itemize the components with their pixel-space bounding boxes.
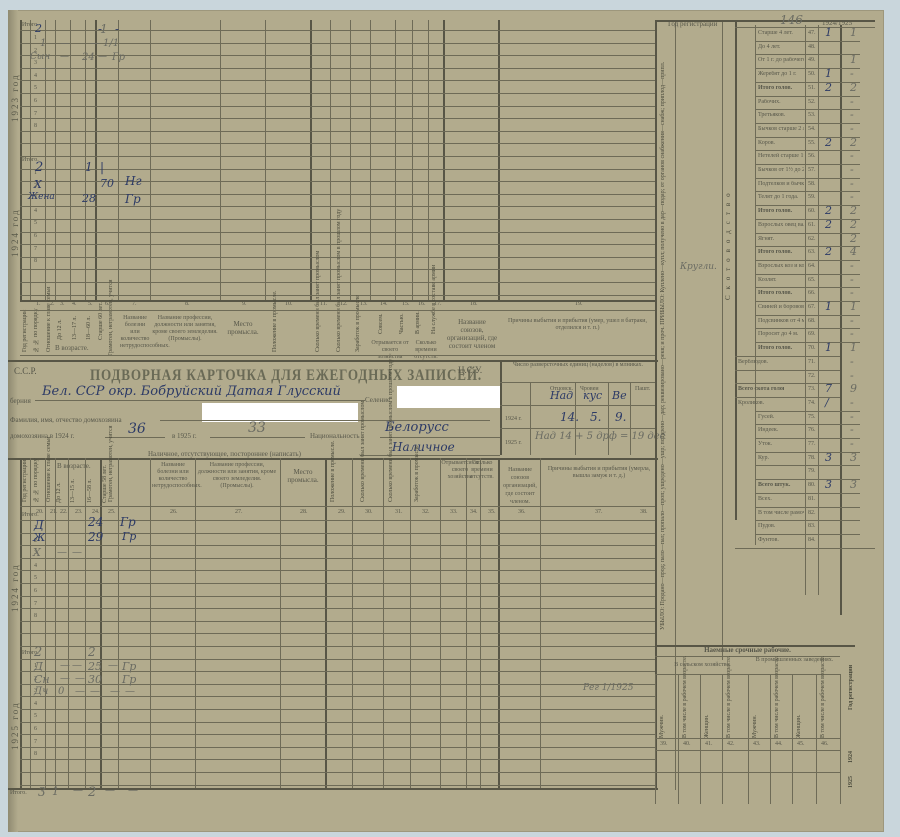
grid-line bbox=[755, 27, 860, 28]
worker-col-number: 44. bbox=[775, 741, 783, 748]
grid-line bbox=[20, 558, 655, 559]
grid-line bbox=[410, 458, 411, 788]
handwritten-entry: — bbox=[108, 660, 118, 671]
worker-col-number: 45. bbox=[797, 741, 805, 748]
livestock-row-number: 49. bbox=[808, 57, 816, 64]
grid-line bbox=[55, 20, 56, 300]
column-header-reg-year-b: Год регистрации bbox=[22, 462, 29, 502]
column-header-row-no-b: № № по порядку bbox=[33, 462, 40, 502]
livestock-label: В том числе рамочных. bbox=[758, 510, 804, 517]
livestock-label: Взрослых овец валухов и баранов. bbox=[758, 222, 804, 229]
column-header-unions-b: Название союзов организаций, где состоит… bbox=[500, 466, 540, 506]
column-header-worker-col-3: Женщин. bbox=[704, 678, 711, 738]
column-number-bottom: 37. bbox=[595, 509, 603, 516]
grid-line bbox=[722, 20, 723, 660]
grid-line bbox=[722, 674, 723, 804]
margin-year: 1924 bbox=[848, 745, 855, 763]
grid-line bbox=[20, 646, 655, 647]
column-number: 5. bbox=[88, 301, 93, 308]
grid-line bbox=[755, 54, 860, 55]
livestock-row-number: 65. bbox=[808, 277, 816, 284]
livestock-1925: - bbox=[850, 163, 854, 176]
column-header-worker-col-1: Мужчин. bbox=[659, 678, 666, 738]
head-age-1924: 36 bbox=[128, 421, 146, 437]
grid-line bbox=[755, 411, 860, 412]
grid-line bbox=[755, 520, 860, 521]
livestock-1925: - bbox=[850, 369, 854, 382]
livestock-1924: 1 bbox=[825, 26, 832, 39]
column-number: 8. bbox=[185, 301, 190, 308]
grid-line bbox=[755, 96, 860, 97]
worker-col-number: 39. bbox=[660, 741, 668, 748]
grid-line bbox=[45, 20, 46, 300]
row-number: 4 bbox=[34, 208, 37, 215]
grid-line bbox=[35, 400, 365, 401]
livestock-label: Пудов. bbox=[758, 523, 804, 530]
grid-line bbox=[20, 80, 655, 81]
row-number: 1 bbox=[34, 35, 37, 42]
livestock-1925: - bbox=[850, 410, 854, 423]
grid-line bbox=[95, 20, 97, 300]
grid-line bbox=[20, 608, 655, 609]
column-number-bottom: 31. bbox=[395, 509, 403, 516]
livestock-1925: 3 bbox=[850, 451, 857, 464]
r1923-1: 1 bbox=[40, 38, 46, 49]
column-header-worker-col-7: Женщин. bbox=[796, 678, 803, 738]
handwritten-entry: Гр bbox=[122, 660, 136, 673]
grid-line bbox=[755, 315, 860, 316]
column-header-c32: Заработок в промысле bbox=[414, 462, 421, 502]
grid-line bbox=[466, 458, 467, 788]
handwritten-entry: — bbox=[125, 686, 135, 697]
livestock-1925: - bbox=[850, 273, 854, 286]
handwritten-entry: 1 bbox=[100, 22, 108, 36]
grid-line bbox=[20, 734, 655, 735]
column-number-bottom: 21. bbox=[50, 509, 58, 516]
column-header-c14: Совсем. bbox=[378, 312, 385, 334]
livestock-1925: - bbox=[850, 122, 854, 135]
column-number: 13. bbox=[360, 301, 368, 308]
livestock-label: Итого голов. bbox=[758, 345, 804, 352]
grid-line bbox=[735, 370, 840, 371]
grid-line bbox=[755, 424, 860, 425]
livestock-label: Итого голов. bbox=[758, 249, 804, 256]
grid-line bbox=[100, 458, 102, 788]
livestock-row-number: 51. bbox=[808, 85, 816, 92]
livestock-label: Свиней и боровов старше 1 года. bbox=[758, 304, 804, 311]
livestock-label: Уток. bbox=[758, 441, 804, 448]
column-header-illness-b: Название болезни или количество нетрудос… bbox=[152, 462, 194, 490]
livestock-1924: 2 bbox=[825, 245, 832, 258]
village-label: Селение bbox=[365, 396, 390, 404]
handwritten-entry: Гр bbox=[122, 530, 136, 543]
handwritten-entry: 25 bbox=[88, 660, 102, 673]
grid-line bbox=[480, 458, 481, 788]
r1924-2: Жена bbox=[28, 192, 55, 202]
livestock-1925: - bbox=[850, 437, 854, 450]
units-value-1925: Над 14 + 5 дрф = 19 дес bbox=[535, 431, 665, 442]
grid-line bbox=[755, 41, 860, 42]
grid-line bbox=[20, 722, 655, 723]
grid-line bbox=[700, 674, 701, 804]
row-number: 4 bbox=[34, 701, 37, 708]
units-top-hand: кус bbox=[583, 389, 602, 402]
livestock-row-number: 67. bbox=[808, 304, 816, 311]
grid-line bbox=[330, 20, 331, 300]
column-header-worker-col-4: В том числе в рабочем возрасте. bbox=[726, 678, 733, 738]
units-value: 5. bbox=[590, 410, 601, 424]
grid-line bbox=[755, 150, 860, 151]
grid-line bbox=[280, 458, 281, 788]
grid-line bbox=[20, 633, 655, 634]
age-group-label-bottom: В возрасте. bbox=[57, 462, 91, 470]
year-label: 1924 год bbox=[10, 167, 20, 257]
handwritten-entry: 24 bbox=[88, 515, 103, 529]
grid-line bbox=[755, 342, 860, 343]
grid-line bbox=[755, 287, 860, 288]
column-number: 14. bbox=[380, 301, 388, 308]
handwritten-entry: — bbox=[90, 38, 100, 49]
column-header-age-3: 18—60 л. bbox=[86, 312, 93, 340]
livestock-label: Поросят до 4 м. bbox=[758, 331, 804, 338]
livestock-1925: - bbox=[850, 149, 854, 162]
units-column: Пашт. bbox=[635, 386, 650, 393]
livestock-row-number: 58. bbox=[808, 181, 816, 188]
grid-line bbox=[210, 437, 305, 438]
grid-line bbox=[20, 596, 655, 597]
r1924b-3: Х bbox=[33, 546, 41, 559]
units-top-hand: Над bbox=[550, 389, 573, 402]
livestock-row-number: 50. bbox=[808, 71, 816, 78]
row-number: 6 bbox=[34, 726, 37, 733]
csu-label: Ц.С.У. bbox=[458, 366, 482, 374]
handwritten-entry: Гр bbox=[122, 673, 136, 686]
grid-line bbox=[325, 458, 327, 788]
column-number-bottom: 30. bbox=[365, 509, 373, 516]
row-number: 5 bbox=[34, 85, 37, 92]
grand-totals-label: Итого. bbox=[10, 790, 27, 797]
livestock-row-number: 66. bbox=[808, 290, 816, 297]
livestock-1925: 2 bbox=[850, 218, 857, 231]
units-year: 1925 г. bbox=[505, 440, 522, 447]
handwritten-entry: — bbox=[72, 547, 82, 558]
worker-col-number: 46. bbox=[821, 741, 829, 748]
column-header-worker-col-6: В том числе в рабочем возрасте. bbox=[774, 678, 781, 738]
livestock-row-number: 70. bbox=[808, 345, 816, 352]
r1924-1: Х bbox=[34, 178, 42, 191]
livestock-1925: 2 bbox=[850, 136, 857, 149]
column-number: 3. bbox=[60, 301, 65, 308]
column-header-c12: Сколько времени был занят промыслом в пр… bbox=[336, 312, 343, 352]
grid-line bbox=[20, 194, 655, 195]
grid-line bbox=[755, 479, 860, 480]
grid-line bbox=[540, 458, 541, 788]
row-number: 6 bbox=[34, 233, 37, 240]
livestock-label: Подтелков и бычков от 1 г. до 1½ л. bbox=[758, 181, 804, 188]
row-number: 4 bbox=[34, 563, 37, 570]
column-number-bottom: 27. bbox=[235, 509, 243, 516]
workers-agri: В сельском хозяйстве. bbox=[660, 662, 745, 669]
year-label: 1924 год bbox=[10, 522, 20, 612]
grid-line bbox=[755, 109, 860, 110]
grid-line bbox=[840, 25, 842, 615]
livestock-1924: 2 bbox=[825, 136, 832, 149]
handwritten-entry: 29 bbox=[88, 530, 103, 544]
card-title: ПОДВОРНАЯ КАРТОЧКА ДЛЯ ЕЖЕГОДНЫХ ЗАПИСЕЙ… bbox=[90, 367, 482, 385]
grid-line bbox=[20, 310, 655, 311]
grid-line bbox=[818, 25, 819, 595]
livestock-1925: 1 bbox=[850, 53, 857, 66]
grid-line bbox=[500, 405, 655, 406]
livestock-1924: 3 bbox=[825, 451, 832, 464]
grid-line bbox=[150, 20, 151, 300]
r1924b-2: Ж bbox=[33, 531, 45, 544]
grid-line bbox=[755, 260, 860, 261]
grid-line bbox=[20, 759, 655, 760]
column-header-literacy: Грамотен, неграмотен, учится bbox=[108, 312, 115, 356]
grid-line bbox=[20, 570, 655, 571]
livestock-label: От 1 г. до рабочего возраста. bbox=[758, 57, 804, 64]
row-number: 7 bbox=[34, 601, 37, 608]
column-header-age-3-b: 16—58 л. bbox=[87, 475, 94, 503]
livestock-1925: - bbox=[850, 108, 854, 121]
handwritten-entry: 2 bbox=[88, 785, 96, 800]
livestock-label: Ягнят. bbox=[758, 236, 804, 243]
handwritten-entry: - bbox=[115, 22, 119, 36]
grid-line bbox=[20, 520, 655, 521]
column-header-illness: Название болезни или количество нетрудос… bbox=[120, 315, 150, 350]
grid-line bbox=[20, 785, 655, 786]
grid-line bbox=[443, 20, 445, 300]
worker-col-number: 41. bbox=[705, 741, 713, 748]
livestock-row-number: 81. bbox=[808, 496, 816, 503]
grid-line bbox=[816, 674, 817, 804]
grid-line bbox=[630, 382, 631, 455]
livestock-1925: 2 bbox=[850, 81, 857, 94]
grid-line bbox=[55, 458, 56, 788]
column-number-bottom: 32. bbox=[422, 509, 430, 516]
status-value: Наличное bbox=[392, 440, 455, 454]
section-label-livestock: Скотоводство bbox=[725, 120, 732, 300]
province-value: Бел. ССР окр. Бобруйский Датая Глусский bbox=[42, 384, 341, 399]
column-header-worker-col-5: Мужчин. bbox=[752, 678, 759, 738]
grid-line bbox=[20, 709, 655, 710]
livestock-1924: 1 bbox=[825, 300, 832, 313]
grid-line bbox=[755, 137, 860, 138]
grid-line bbox=[380, 437, 500, 438]
column-number: 9. bbox=[242, 301, 247, 308]
grid-line bbox=[755, 205, 860, 206]
livestock-label: Бычков старше 2 л. bbox=[758, 126, 804, 133]
units-value: 14. bbox=[560, 410, 579, 424]
units-header: Число разверсточных единиц (наделов) в м… bbox=[502, 362, 654, 369]
column-number: 15. bbox=[402, 301, 410, 308]
grid-line bbox=[805, 25, 806, 595]
worker-col-number: 40. bbox=[683, 741, 691, 748]
livestock-1925: 9 bbox=[850, 382, 857, 395]
livestock-label: Коров. bbox=[758, 140, 804, 147]
grid-line bbox=[20, 206, 655, 207]
grid-line bbox=[735, 20, 737, 520]
livestock-1925: - bbox=[850, 314, 854, 327]
column-header-c13: Заработок в промысле bbox=[355, 312, 362, 352]
column-header-literacy-b: Грамотен, неграмотен, учится bbox=[108, 462, 115, 502]
total-1924: 2 bbox=[35, 160, 43, 175]
grid-line bbox=[608, 382, 609, 455]
handwritten-entry: 1 bbox=[85, 160, 93, 174]
livestock-row-number: 82. bbox=[808, 510, 816, 517]
row-number: 8 bbox=[34, 258, 37, 265]
column-header-worker-col-8: В том числе в рабочем возрасте. bbox=[820, 678, 827, 738]
grid-line bbox=[755, 68, 860, 69]
grid-line bbox=[735, 356, 840, 357]
nationality-value: Белорусс bbox=[385, 420, 449, 435]
column-number: 16. bbox=[418, 301, 426, 308]
livestock-1925: 4 bbox=[850, 245, 857, 258]
livestock-1924: 1 bbox=[825, 67, 832, 80]
column-header-relation: Отношение к главе семьи bbox=[46, 312, 53, 352]
grid-line bbox=[20, 355, 655, 356]
ssr-label: С.С.Р. bbox=[14, 367, 37, 375]
grid-line bbox=[500, 360, 502, 455]
grid-line bbox=[350, 20, 351, 300]
column-header-c16: В армии. bbox=[415, 312, 422, 334]
grid-line bbox=[370, 20, 371, 300]
livestock-row-number: 57. bbox=[808, 167, 816, 174]
grid-line bbox=[383, 458, 384, 788]
column-header-age-1: До 12 л. bbox=[57, 312, 64, 340]
livestock-1924: 2 bbox=[825, 81, 832, 94]
column-header-age-2-b: 13—15 л. bbox=[70, 475, 77, 503]
grid-line bbox=[105, 437, 165, 438]
livestock-row-number: 61. bbox=[808, 222, 816, 229]
livestock-1925: - bbox=[850, 327, 854, 340]
livestock-label: Рабочих. bbox=[758, 99, 804, 106]
livestock-1925: 2 bbox=[850, 232, 857, 245]
livestock-1925: - bbox=[850, 177, 854, 190]
column-header-reg-year: Год регистрации bbox=[22, 312, 29, 352]
gt-1: 3 bbox=[38, 785, 46, 799]
livestock-label: Бычков от 1½ до 2 лет. bbox=[758, 167, 804, 174]
column-number: 19. bbox=[575, 301, 583, 308]
handwritten-entry: — bbox=[105, 785, 115, 796]
column-number-bottom: 29. bbox=[338, 509, 346, 516]
column-number-bottom: 28. bbox=[300, 509, 308, 516]
grid-line bbox=[20, 143, 655, 144]
row-number: 8 bbox=[34, 751, 37, 758]
grid-line bbox=[20, 458, 22, 788]
livestock-row-number: 56. bbox=[808, 153, 816, 160]
grid-line bbox=[45, 458, 46, 788]
grid-line bbox=[20, 772, 655, 773]
livestock-1925: - bbox=[850, 423, 854, 436]
age-group-label: В возрасте. bbox=[55, 344, 89, 352]
units-year: 1924 г. bbox=[505, 416, 522, 423]
row-number: 8 bbox=[34, 123, 37, 130]
units-top-hand: Ве bbox=[612, 389, 627, 402]
grid-line bbox=[20, 156, 655, 157]
column-number: 18. bbox=[470, 301, 478, 308]
livestock-label: Итого голов. bbox=[758, 85, 804, 92]
grid-line bbox=[498, 458, 500, 788]
column-header-position-b: Положение в промысле. bbox=[330, 462, 337, 502]
grid-line bbox=[195, 458, 196, 788]
column-header-place-b: Место промысла. bbox=[282, 468, 324, 484]
livestock-row-number: 55. bbox=[808, 140, 816, 147]
grid-line bbox=[755, 328, 860, 329]
livestock-label: Подсвинков от 4 мес. до 1 года. bbox=[758, 318, 804, 325]
grid-line bbox=[20, 684, 655, 685]
grid-line bbox=[20, 747, 655, 748]
grid-line bbox=[70, 20, 71, 300]
livestock-1924: 2 bbox=[825, 218, 832, 231]
grid-line bbox=[68, 458, 69, 788]
grid-line bbox=[500, 428, 655, 429]
handwritten-entry: Гр bbox=[125, 192, 141, 206]
grid-line bbox=[755, 246, 860, 247]
status-label: Наличное, отсутствующее, постороннее (на… bbox=[148, 450, 301, 458]
livestock-1925: 1 bbox=[850, 300, 857, 313]
handwritten-entry: 1 bbox=[52, 785, 59, 798]
handwritten-entry: | bbox=[100, 160, 104, 174]
livestock-label: Кроликов. bbox=[738, 400, 784, 407]
grid-line bbox=[755, 82, 860, 83]
units-value: 9. bbox=[615, 410, 626, 424]
grid-line bbox=[220, 20, 221, 300]
livestock-row-number: 52. bbox=[808, 99, 816, 106]
grid-line bbox=[20, 583, 655, 584]
handwritten-entry: — bbox=[60, 52, 69, 62]
livestock-row-number: 62. bbox=[808, 236, 816, 243]
livestock-label: Кур. bbox=[758, 455, 804, 462]
grid-line bbox=[755, 507, 860, 508]
column-header-age-4: Старше 60 лет. bbox=[98, 312, 105, 340]
r1925-2: Сн bbox=[34, 673, 50, 686]
grid-line bbox=[755, 274, 860, 275]
livestock-row-number: 78. bbox=[808, 455, 816, 462]
livestock-1925: - bbox=[850, 95, 854, 108]
livestock-1925: - bbox=[850, 259, 854, 272]
grid-line bbox=[840, 674, 841, 804]
column-number-bottom: 22. bbox=[60, 509, 68, 516]
handwritten-entry: 30 bbox=[88, 673, 102, 686]
handwritten-entry: — bbox=[60, 38, 70, 49]
column-number-bottom: 35. bbox=[488, 509, 496, 516]
grid-line bbox=[412, 20, 413, 300]
livestock-1925: 3 bbox=[850, 478, 857, 491]
grid-line bbox=[428, 20, 429, 300]
grid-line bbox=[755, 233, 860, 234]
handwritten-entry: — bbox=[73, 785, 83, 796]
livestock-row-number: 77. bbox=[808, 441, 816, 448]
handwritten-entry: — bbox=[128, 785, 138, 796]
livestock-label: Третьяков. bbox=[758, 112, 804, 119]
livestock-1924: 1 bbox=[825, 341, 832, 354]
column-header-age-2: 13—17 л. bbox=[72, 312, 79, 340]
livestock-row-number: 54. bbox=[808, 126, 816, 133]
handwritten-entry: 24 bbox=[82, 52, 95, 63]
column-number-bottom: 25. bbox=[108, 509, 116, 516]
handwritten-entry: — bbox=[75, 686, 85, 697]
grid-line bbox=[655, 738, 840, 739]
head-age-1924-label: домохозяина в 1924 г. bbox=[10, 432, 74, 440]
handwritten-entry: 0 bbox=[58, 686, 64, 697]
column-header-c31: Сколько времени был занят промыслом в пр… bbox=[388, 462, 395, 502]
margin-year: 1925 bbox=[848, 770, 855, 788]
handwritten-entry: — bbox=[75, 673, 85, 684]
livestock-row-number: 47. bbox=[808, 30, 816, 37]
grid-line bbox=[755, 301, 860, 302]
